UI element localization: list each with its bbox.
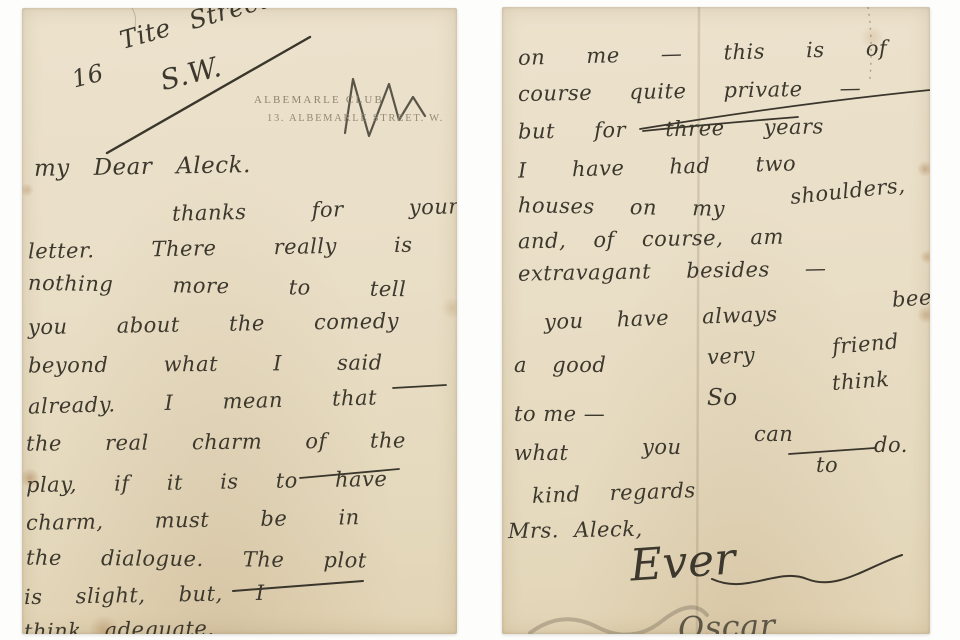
letter-word: to [816,455,838,476]
letter-page-2: on me — this is of course quite private … [502,7,930,634]
letter-word: you [642,437,682,458]
that-crossbar-stroke [393,385,446,388]
letter-line: but for three years [518,116,824,142]
salutation-line: my Dear Aleck. [34,154,251,181]
letter-word: shoulders, [789,175,906,208]
letter-line: I have had two [518,153,797,181]
zigzag-cancellation-stroke [345,79,425,136]
letter-line: and, of course, am [518,227,784,253]
letter-line: you have always [544,304,778,333]
letter-line: is slight, but, I [24,583,265,608]
letter-line: kind regards [532,480,696,507]
signature-flourish-stroke [712,555,902,584]
letter-word: to me — [514,404,605,425]
address-district: S.W. [158,53,225,95]
letter-line: extravagant besides — [518,258,827,284]
letter-line: houses on my [518,195,725,220]
letter-line: you about the comedy [28,311,399,338]
letter-line: beyond what I said [28,352,383,376]
signature-ever: Ever [629,537,738,588]
letter-line: play, if it is to have [26,469,388,496]
letter-word: think [831,369,890,394]
letter-line: think adequate. [24,618,215,634]
letter-line: nothing more to tell [28,273,407,301]
letter-word: what [514,443,568,464]
letter-word: a good [514,355,606,376]
letter-line: charm, must be in [26,507,360,534]
auction-photo-two-page-letter: { "scene": { "background_color": "#fdfdf… [0,0,960,640]
letter-word: very [706,345,755,368]
letter-word: friend [831,331,900,358]
letter-page-1: 16 Tite Street S.W. ALBEMARLE CLUB 13. A… [22,8,457,634]
letter-line: the dialogue. The plot [26,548,367,572]
address-number: 16 [70,61,106,92]
letter-line: on me — this is of [518,38,888,69]
signature-oscar: Oscar [677,609,776,634]
letter-word: do. [874,435,908,456]
letterhead-street-address: 13. ALBEMARLE STREET. W. [267,113,437,124]
letter-word: can [754,424,793,445]
letter-line: thanks for your [172,196,457,225]
address-street: Tite Street [117,8,272,53]
letter-line: course quite private — [518,78,862,105]
letter-line: already. I mean that [28,387,377,417]
letter-line: the real charm of the [26,430,406,454]
letter-word: So [707,387,738,410]
letterhead-club-name: ALBEMARLE CLUB [244,94,394,106]
valediction-recipient: Mrs. Aleck, [508,519,643,542]
letter-line: letter. There really is [28,235,413,263]
letter-word: been [891,286,930,311]
